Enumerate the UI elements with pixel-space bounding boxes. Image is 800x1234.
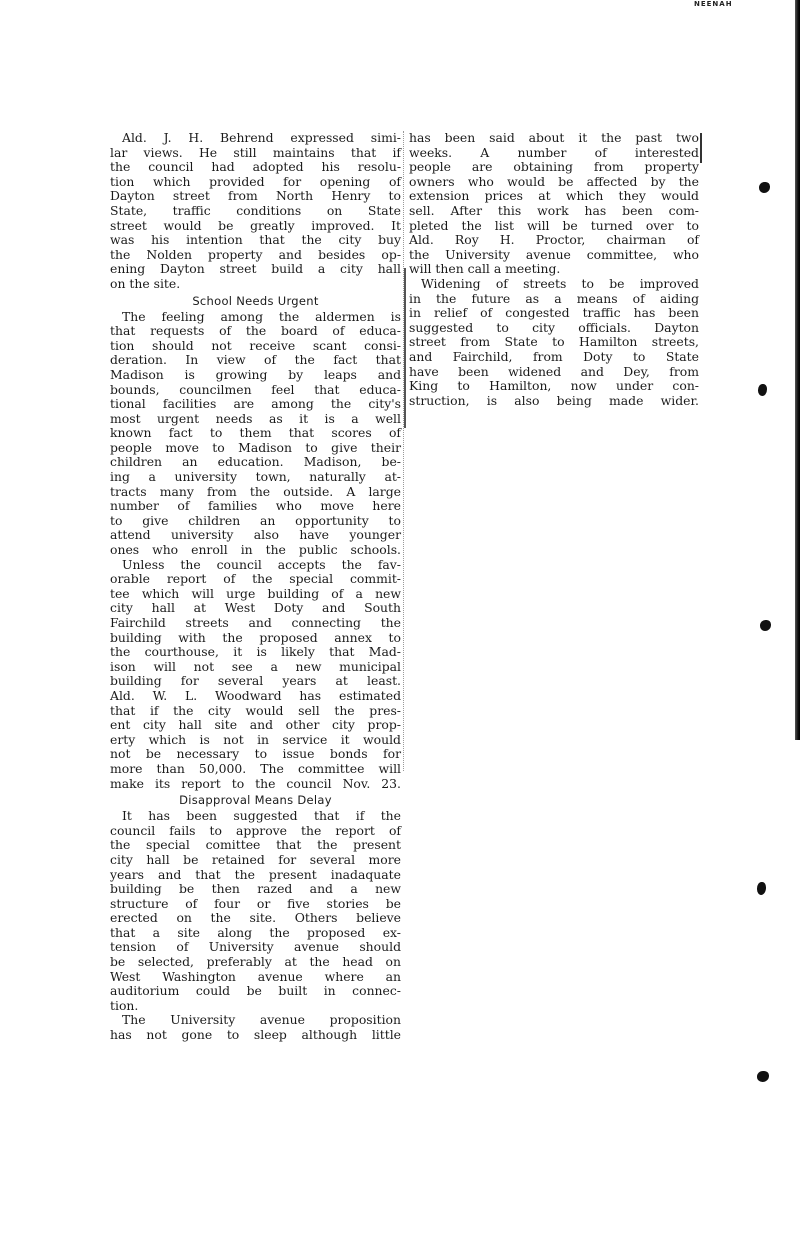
text-line: that a site along the proposed ex- bbox=[110, 926, 401, 941]
text-line: children an education. Madison, be- bbox=[110, 455, 401, 470]
paragraph-widening-streets: Widening of streets to be improved in th… bbox=[409, 277, 699, 408]
punch-hole-icon bbox=[760, 620, 771, 631]
text-line: most urgent needs as it is a well bbox=[110, 412, 401, 427]
text-line: council fails to approve the report of bbox=[110, 824, 401, 839]
text-line: in relief of congested traffic has been bbox=[409, 306, 699, 321]
paragraph-continued: has been said about it the past two week… bbox=[409, 131, 699, 277]
article-column-right: has been said about it the past two week… bbox=[409, 131, 699, 408]
text-line: State, traffic conditions on State bbox=[110, 204, 401, 219]
text-line: Fairchild streets and connecting the bbox=[110, 616, 401, 631]
text-line: sell. After this work has been com- bbox=[409, 204, 699, 219]
punch-hole-icon bbox=[757, 882, 766, 895]
text-line: ison will not see a new municipal bbox=[110, 660, 401, 675]
text-line: orable report of the special commit- bbox=[110, 572, 401, 587]
text-line: was his intention that the city buy bbox=[110, 233, 401, 248]
text-line: erty which is not in service it would bbox=[110, 733, 401, 748]
text-line: tracts many from the outside. A large bbox=[110, 485, 401, 500]
text-line: weeks. A number of interested bbox=[409, 146, 699, 161]
text-line: The University avenue proposition bbox=[110, 1013, 401, 1028]
text-line: Widening of streets to be improved bbox=[409, 277, 699, 292]
text-line: Unless the council accepts the fav- bbox=[110, 558, 401, 573]
text-line: building be then razed and a new bbox=[110, 882, 401, 897]
column-divider bbox=[403, 131, 405, 771]
text-line: It has been suggested that if the bbox=[110, 809, 401, 824]
text-line: structure of four or five stories be bbox=[110, 897, 401, 912]
text-line: tee which will urge building of a new bbox=[110, 587, 401, 602]
text-line: that requests of the board of educa- bbox=[110, 324, 401, 339]
punch-hole-icon bbox=[758, 384, 767, 396]
text-line: auditorium could be built in connec- bbox=[110, 984, 401, 999]
article-column-left: Ald. J. H. Behrend expressed simi- lar v… bbox=[110, 131, 401, 1043]
text-line: suggested to city officials. Dayton bbox=[409, 321, 699, 336]
text-line: ent city hall site and other city prop- bbox=[110, 718, 401, 733]
text-line: owners who would be affected by the bbox=[409, 175, 699, 190]
text-line: and Fairchild, from Doty to State bbox=[409, 350, 699, 365]
text-line: on the site. bbox=[110, 277, 401, 292]
text-line: ening Dayton street build a city hall bbox=[110, 262, 401, 277]
subheading-disapproval: Disapproval Means Delay bbox=[110, 792, 401, 809]
page-edge-shadow bbox=[795, 0, 800, 740]
page-header-label: NEENAH bbox=[694, 0, 733, 8]
text-line: the courthouse, it is likely that Mad- bbox=[110, 645, 401, 660]
text-line: building with the proposed annex to bbox=[110, 631, 401, 646]
text-line: make its report to the council Nov. 23. bbox=[110, 777, 401, 792]
text-line: ones who enroll in the public schools. bbox=[110, 543, 401, 558]
text-line: tional facilities are among the city's bbox=[110, 397, 401, 412]
text-line: street from State to Hamilton streets, bbox=[409, 335, 699, 350]
punch-hole-icon bbox=[757, 1071, 769, 1082]
text-line: extension prices at which they would bbox=[409, 189, 699, 204]
text-line: King to Hamilton, now under con- bbox=[409, 379, 699, 394]
text-line: deration. In view of the fact that bbox=[110, 353, 401, 368]
text-line: that if the city would sell the pres- bbox=[110, 704, 401, 719]
text-line: will then call a meeting. bbox=[409, 262, 699, 277]
paragraph-disapproval: It has been suggested that if the counci… bbox=[110, 809, 401, 1013]
text-line: the Nolden property and besides op- bbox=[110, 248, 401, 263]
text-line: people move to Madison to give their bbox=[110, 441, 401, 456]
text-line: more than 50,000. The committee will bbox=[110, 762, 401, 777]
text-line: to give children an opportunity to bbox=[110, 514, 401, 529]
text-line: tion should not receive scant consi- bbox=[110, 339, 401, 354]
column-rule-mark bbox=[404, 268, 406, 428]
text-line: has been said about it the past two bbox=[409, 131, 699, 146]
text-line: street would be greatly improved. It bbox=[110, 219, 401, 234]
subheading-school-needs: School Needs Urgent bbox=[110, 293, 401, 310]
text-line: West Washington avenue where an bbox=[110, 970, 401, 985]
text-line: attend university also have younger bbox=[110, 528, 401, 543]
text-line: have been widened and Dey, from bbox=[409, 365, 699, 380]
text-line: Ald. Roy H. Proctor, chairman of bbox=[409, 233, 699, 248]
text-line: known fact to them that scores of bbox=[110, 426, 401, 441]
column-rule-mark bbox=[700, 133, 702, 163]
text-line: Ald. W. L. Woodward has estimated bbox=[110, 689, 401, 704]
text-line: lar views. He still maintains that if bbox=[110, 146, 401, 161]
paragraph-unless-council: Unless the council accepts the fav- orab… bbox=[110, 558, 401, 792]
text-line: struction, is also being made wider. bbox=[409, 394, 699, 409]
paragraph-school-needs: The feeling among the aldermen is that r… bbox=[110, 310, 401, 558]
text-line: bounds, councilmen feel that educa- bbox=[110, 383, 401, 398]
punch-hole-icon bbox=[759, 182, 770, 193]
text-line: the council had adopted his resolu- bbox=[110, 160, 401, 175]
paragraph-behrend: Ald. J. H. Behrend expressed simi- lar v… bbox=[110, 131, 401, 292]
text-line: city hall be retained for several more bbox=[110, 853, 401, 868]
text-line: the special comittee that the present bbox=[110, 838, 401, 853]
text-line: years and that the present inadaquate bbox=[110, 868, 401, 883]
text-line: has not gone to sleep although little bbox=[110, 1028, 401, 1043]
text-line: tion which provided for opening of bbox=[110, 175, 401, 190]
paragraph-university-avenue: The University avenue proposition has no… bbox=[110, 1013, 401, 1042]
text-line: number of families who move here bbox=[110, 499, 401, 514]
text-line: people are obtaining from property bbox=[409, 160, 699, 175]
text-line: in the future as a means of aiding bbox=[409, 292, 699, 307]
text-line: tion. bbox=[110, 999, 401, 1014]
text-line: Madison is growing by leaps and bbox=[110, 368, 401, 383]
text-line: Ald. J. H. Behrend expressed simi- bbox=[110, 131, 401, 146]
text-line: ing a university town, naturally at- bbox=[110, 470, 401, 485]
text-line: not be necessary to issue bonds for bbox=[110, 747, 401, 762]
text-line: erected on the site. Others believe bbox=[110, 911, 401, 926]
text-line: tension of University avenue should bbox=[110, 940, 401, 955]
text-line: city hall at West Doty and South bbox=[110, 601, 401, 616]
text-line: The feeling among the aldermen is bbox=[110, 310, 401, 325]
text-line: be selected, preferably at the head on bbox=[110, 955, 401, 970]
text-line: Dayton street from North Henry to bbox=[110, 189, 401, 204]
text-line: the University avenue committee, who bbox=[409, 248, 699, 263]
text-line: building for several years at least. bbox=[110, 674, 401, 689]
text-line: pleted the list will be turned over to bbox=[409, 219, 699, 234]
